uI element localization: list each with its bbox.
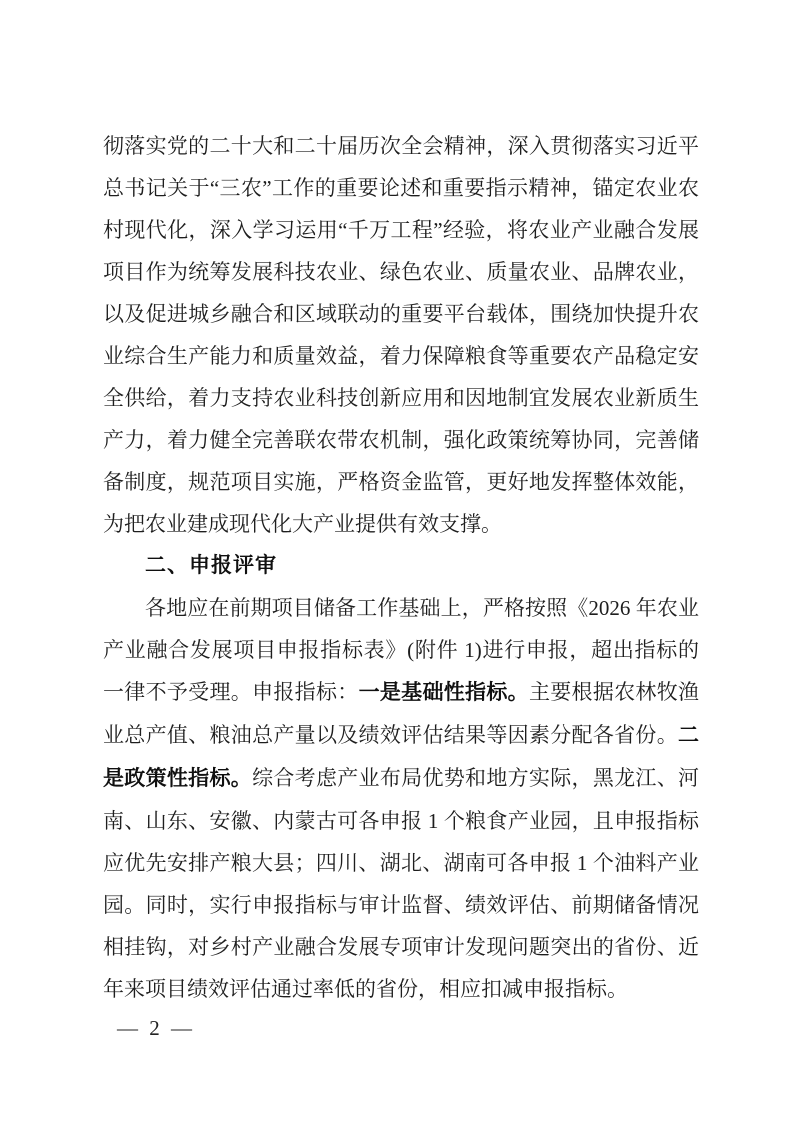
paragraph-continuation: 彻落实党的二十大和二十届历次全会精神，深入贯彻落实习近平总书记关于“三农”工作的…: [103, 125, 699, 545]
document-page: 彻落实党的二十大和二十届历次全会精神，深入贯彻落实习近平总书记关于“三农”工作的…: [0, 0, 800, 1131]
page-number: — 2 —: [117, 1012, 195, 1044]
paragraph-text-segment: 彻落实党的二十大和二十届历次全会精神，深入贯彻落实习近平总书记关于“三农”工作的…: [103, 134, 699, 536]
section-heading-text: 二、申报评审: [145, 554, 277, 577]
paragraph-application-review: 各地应在前期项目储备工作基础上，严格按照《2026 年农业产业融合发展项目申报指…: [103, 587, 699, 1010]
bold-text-segment: 一是基础性指标。: [359, 681, 529, 704]
paragraph-text-segment: 综合考虑产业布局优势和地方实际，黑龙江、河南、山东、安徽、内蒙古可各申报 1 个…: [103, 766, 699, 1001]
section-heading: 二、申报评审: [103, 545, 699, 587]
document-content: 彻落实党的二十大和二十届历次全会精神，深入贯彻落实习近平总书记关于“三农”工作的…: [103, 125, 699, 1010]
